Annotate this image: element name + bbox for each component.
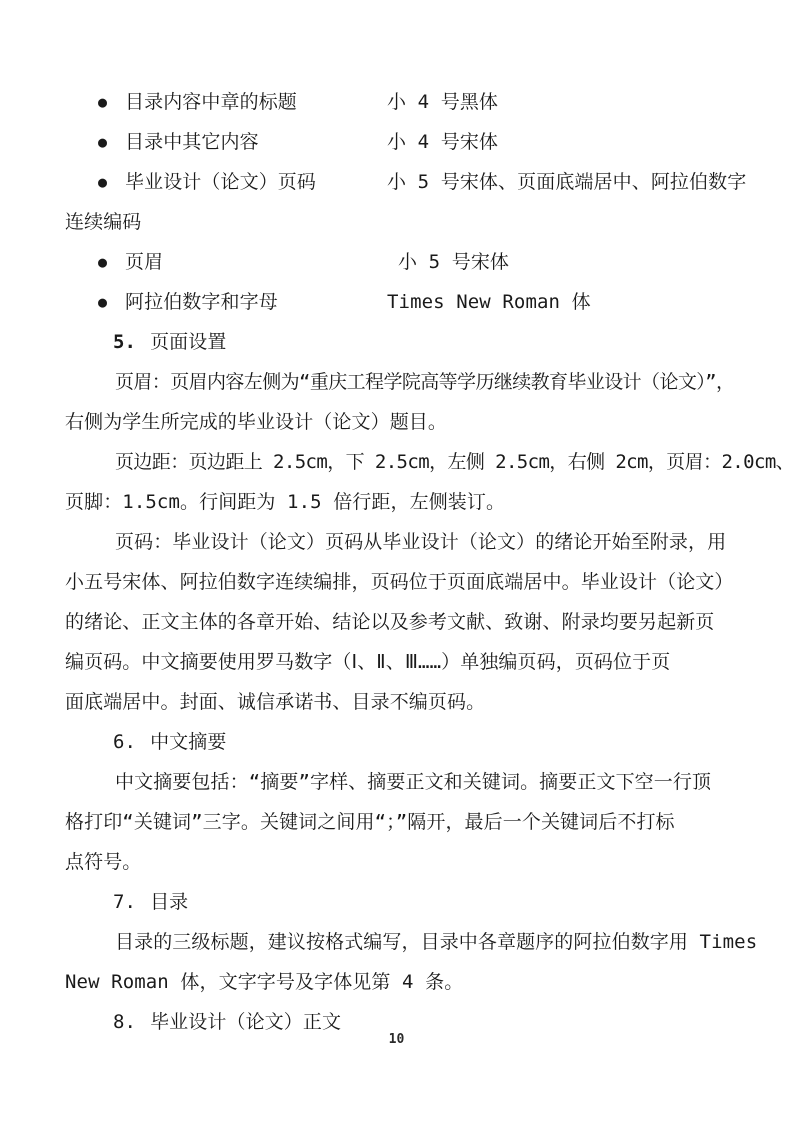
paragraph-line: 页眉：页眉内容左侧为“重庆工程学院高等学历继续教育毕业设计（论文）”，	[65, 362, 765, 402]
bullet-icon: ●	[98, 282, 107, 322]
paragraph-line: 右侧为学生所完成的毕业设计（论文）题目。	[65, 402, 765, 442]
section-number: 5.	[113, 331, 136, 353]
section-number: 7.	[113, 891, 136, 913]
spec-value: Times New Roman 体	[387, 282, 591, 322]
bullet-icon: ●	[98, 242, 107, 282]
paragraph-line: 目录的三级标题，建议按格式编写，目录中各章题序的阿拉伯数字用 Times	[65, 922, 765, 962]
paragraph-line: 页脚：1.5cm。行间距为 1.5 倍行距，左侧装订。	[65, 482, 765, 522]
bullet-list-item: ● 页眉 小 5 号宋体	[65, 242, 765, 282]
bullet-list-item: ● 毕业设计（论文）页码 小 5 号宋体、页面底端居中、阿拉伯数字	[65, 162, 765, 202]
section-heading-6: 6.中文摘要	[65, 722, 765, 762]
bullet-icon: ●	[98, 122, 107, 162]
paragraph-line: 的绪论、正文主体的各章开始、结论以及参考文献、致谢、附录均要另起新页	[65, 602, 765, 642]
bullet-value-continuation: 连续编码	[65, 202, 765, 242]
bullet-icon: ●	[98, 162, 107, 202]
document-page: ● 目录内容中章的标题 小 4 号黑体 ● 目录中其它内容 小 4 号宋体 ● …	[0, 0, 793, 1122]
spec-label: 目录内容中章的标题	[125, 82, 297, 122]
section-heading-7: 7.目录	[65, 882, 765, 922]
page-number: 10	[0, 1030, 793, 1050]
section-heading-5: 5.页面设置	[65, 322, 765, 362]
spec-label: 目录中其它内容	[125, 122, 259, 162]
paragraph-line: New Roman 体，文字字号及字体见第 4 条。	[65, 962, 765, 1002]
paragraph-line: 小五号宋体、阿拉伯数字连续编排，页码位于页面底端居中。毕业设计（论文）	[65, 562, 765, 602]
paragraph-line: 页边距：页边距上 2.5cm，下 2.5cm，左侧 2.5cm，右侧 2cm，页…	[65, 442, 765, 482]
spec-value: 小 5 号宋体、页面底端居中、阿拉伯数字	[387, 162, 746, 202]
bullet-icon: ●	[98, 82, 107, 122]
paragraph-line: 编页码。中文摘要使用罗马数字（Ⅰ、Ⅱ、Ⅲ……）单独编页码，页码位于页	[65, 642, 765, 682]
spec-value: 小 4 号宋体	[387, 122, 498, 162]
paragraph-line: 页码：毕业设计（论文）页码从毕业设计（论文）的绪论开始至附录，用	[65, 522, 765, 562]
spec-label: 毕业设计（论文）页码	[125, 162, 316, 202]
spec-value: 小 4 号黑体	[387, 82, 498, 122]
spec-label: 页眉	[125, 242, 163, 282]
section-title: 中文摘要	[150, 731, 226, 753]
bullet-list-item: ● 阿拉伯数字和字母 Times New Roman 体	[65, 282, 765, 322]
section-title: 页面设置	[150, 331, 226, 353]
bullet-list-item: ● 目录内容中章的标题 小 4 号黑体	[65, 82, 765, 122]
spec-label: 阿拉伯数字和字母	[125, 282, 278, 322]
section-number: 6.	[113, 731, 136, 753]
paragraph-line: 点符号。	[65, 842, 765, 882]
paragraph-line: 中文摘要包括：“摘要”字样、摘要正文和关键词。摘要正文下空一行顶	[65, 762, 765, 802]
document-body: ● 目录内容中章的标题 小 4 号黑体 ● 目录中其它内容 小 4 号宋体 ● …	[65, 82, 765, 1042]
bullet-list-item: ● 目录中其它内容 小 4 号宋体	[65, 122, 765, 162]
spec-value: 小 5 号宋体	[398, 242, 509, 282]
paragraph-line: 格打印“关键词”三字。关键词之间用“；”隔开，最后一个关键词后不打标	[65, 802, 765, 842]
paragraph-line: 面底端居中。封面、诚信承诺书、目录不编页码。	[65, 682, 765, 722]
section-title: 目录	[150, 891, 188, 913]
